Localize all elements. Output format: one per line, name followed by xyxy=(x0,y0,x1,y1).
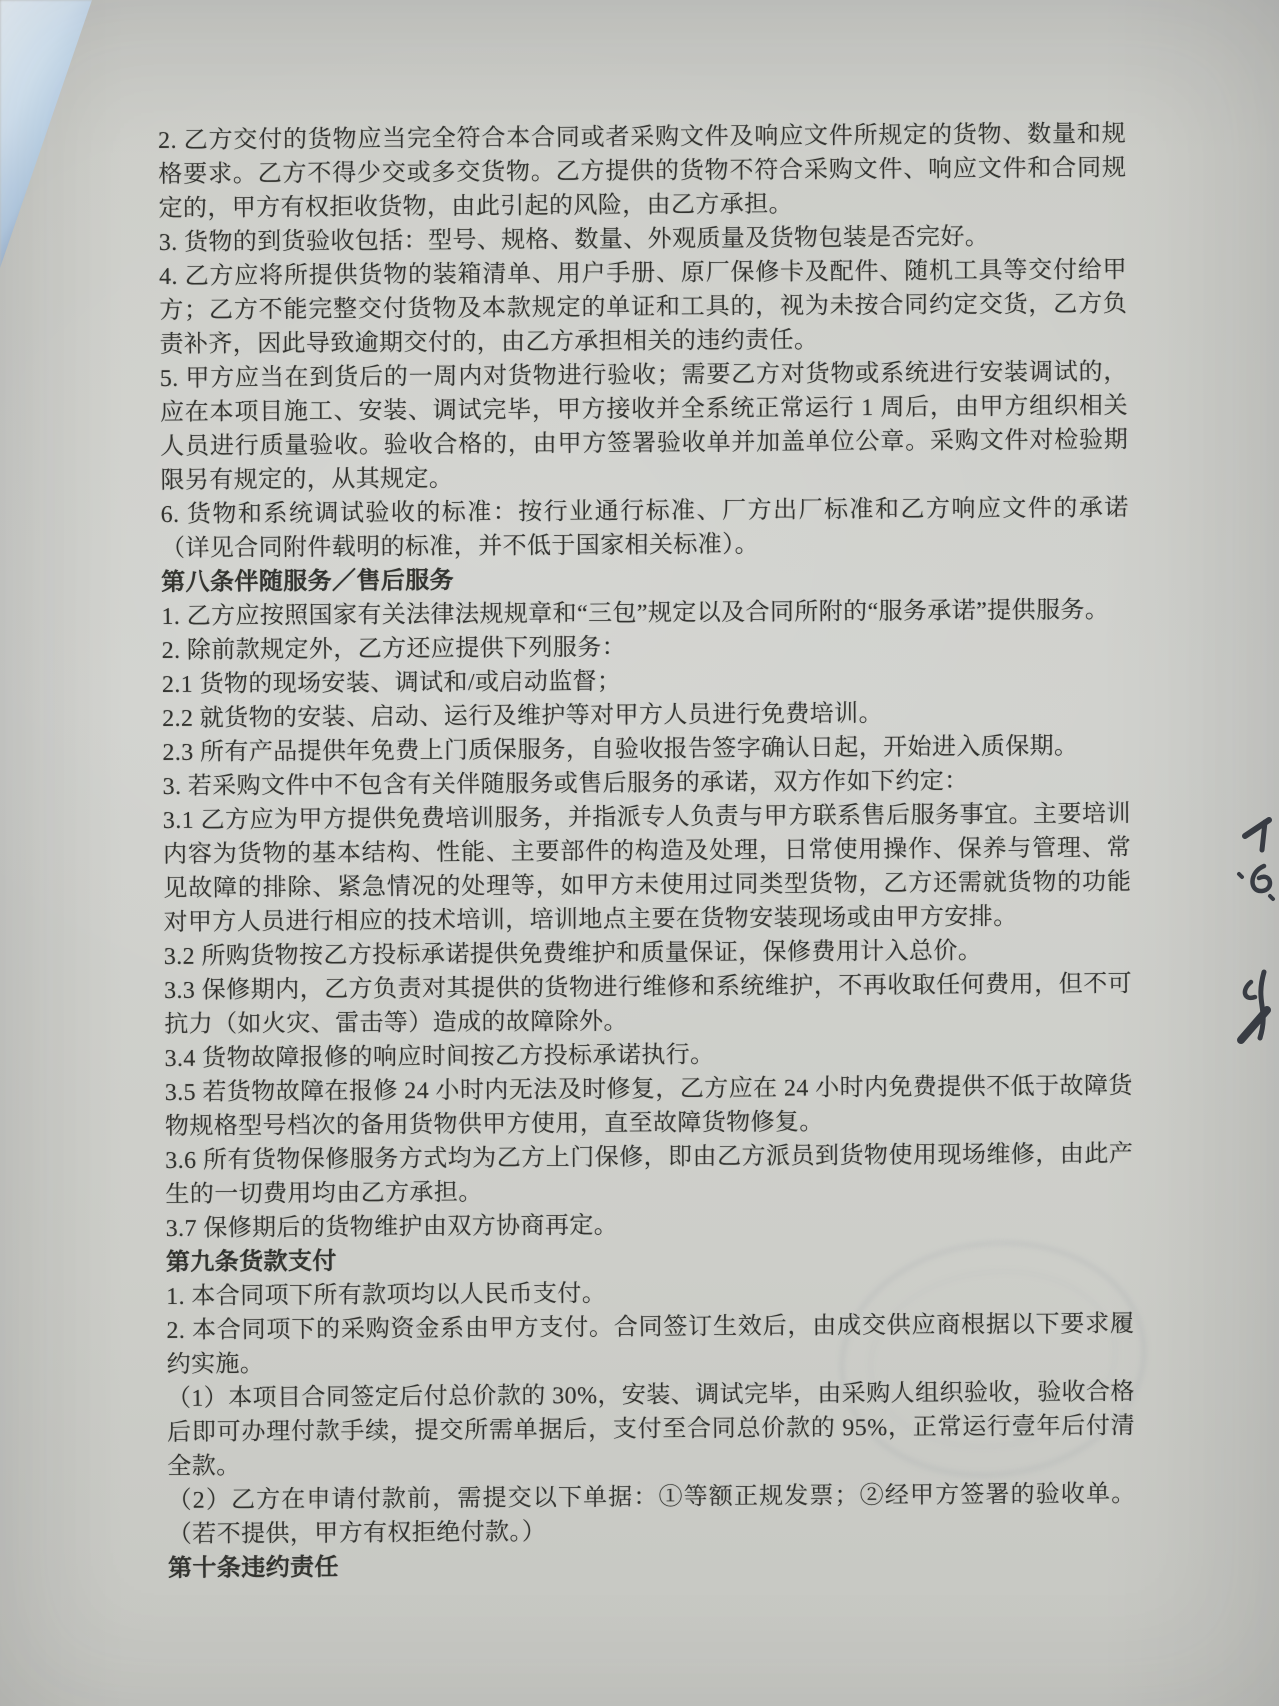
contract-section-heading: 第十条违约责任 xyxy=(168,1545,1136,1586)
contract-paragraph: 3.3 保修期内，乙方负责对其提供的货物进行维修和系统维护，不再收取任何费用，但… xyxy=(164,967,1132,1042)
contract-page-photo: 2. 乙方交付的货物应当完全符合本合同或者采购文件及响应文件所规定的货物、数量和… xyxy=(0,0,1279,1706)
contract-paragraph: 6. 货物和系统调试验收的标准：按行业通行标准、厂方出厂标准和乙方响应文件的承诺… xyxy=(161,491,1129,566)
contract-paragraph: 4. 乙方应将所提供货物的装箱清单、用户手册、原厂保修卡及配件、随机工具等交付给… xyxy=(159,253,1128,362)
underlying-blue-document-corner xyxy=(0,0,120,270)
contract-paragraph: 2. 本合同项下的采购资金系由甲方支付。合同签订生效后，由成交供应商根据以下要求… xyxy=(166,1307,1134,1382)
contract-paragraph: 1. 乙方应按照国家有关法律法规规章和“三包”规定以及合同所附的“服务承诺”提供… xyxy=(161,593,1129,634)
contract-paragraph: 2.3 所有产品提供年免费上门质保服务，自验收报告签字确认日起，开始进入质保期。 xyxy=(162,729,1130,770)
contract-paragraph: 3.1 乙方应为甲方提供免费培训服务，并指派专人负责与甲方联系售后服务事宜。主要… xyxy=(163,797,1132,940)
contract-text: 2. 乙方交付的货物应当完全符合本合同或者采购文件及响应文件所规定的货物、数量和… xyxy=(158,117,1136,1586)
contract-paragraph: 2. 乙方交付的货物应当完全符合本合同或者采购文件及响应文件所规定的货物、数量和… xyxy=(158,117,1127,226)
contract-paragraph: （1）本项目合同签定后付总价款的 30%，安装、调试完毕，由采购人组织验收，验收… xyxy=(167,1375,1136,1484)
handwriting-marks xyxy=(1231,800,1279,1070)
contract-paragraph: （2）乙方在申请付款前，需提交以下单据：①等额正规发票；②经甲方签署的验收单。（… xyxy=(167,1477,1135,1552)
contract-paragraph: 5. 甲方应当在到货后的一周内对货物进行验收；需要乙方对货物或系统进行安装调试的… xyxy=(160,355,1129,498)
contract-paragraph: 3.6 所有货物保修服务方式均为乙方上门保修，即由乙方派员到货物使用现场维修，由… xyxy=(165,1137,1133,1212)
contract-paragraph: 3.5 若货物故障在报修 24 小时内无法及时修复，乙方应在 24 小时内免费提… xyxy=(165,1069,1133,1144)
